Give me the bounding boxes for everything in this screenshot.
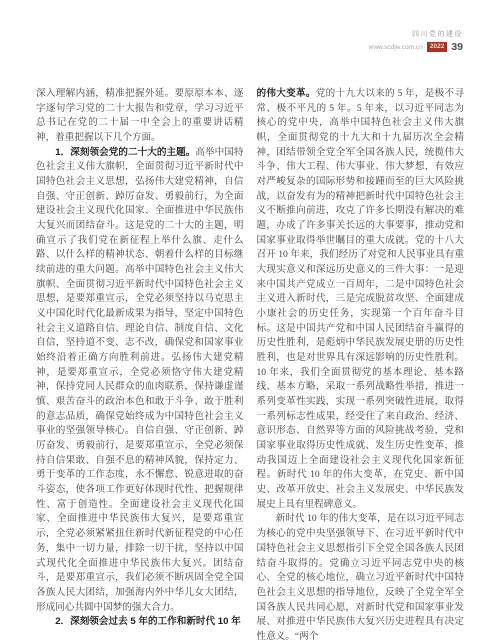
section-1-paragraph: 1．深刻领会党的二十大的主题。高举中国特色社会主义伟大旗帜，全面贯彻习近平新时代… <box>36 146 244 616</box>
section-1-body: 高举中国特色社会主义伟大旗帜，全面贯彻习近平新时代中国特色社会主义思想，弘扬伟大… <box>36 147 244 613</box>
issue-year-badge: 2022 <box>427 42 447 53</box>
section-2-body: 党的十九大以来的 5 年，是极不寻常、极不平凡的 5 年。5 年来，以习近平同志… <box>257 88 465 510</box>
article-body: 深入理解内涵，精准把握外延。要原原本本、逐字逐句学习党的二十大报告和党章，学习习… <box>36 87 464 640</box>
section-2-heading: 2．深刻领会过去 5 年的工作和新时代 10 年 <box>55 616 241 627</box>
paragraph-new-era-transformation: 新时代 10 年的伟大变革，是在以习近平同志为核心的党中央坚强领导下、在习近平新… <box>257 512 465 640</box>
magazine-page: 四川党的建设 www.scdjw.com.cn 2022 39 深入理解内涵，精… <box>0 0 496 640</box>
header-meta-row: www.scdjw.com.cn 2022 39 <box>369 41 463 53</box>
paragraph-continuation: 深入理解内涵，精准把握外延。要原原本本、逐字逐句学习党的二十大报告和党章，学习习… <box>36 87 244 146</box>
section-2-paragraph-continued: 的伟大变革。党的十九大以来的 5 年，是极不寻常、极不平凡的 5 年。5 年来，… <box>257 87 465 512</box>
section-1-heading: 1．深刻领会党的二十大的主题。 <box>55 147 195 158</box>
page-header: 四川党的建设 www.scdjw.com.cn 2022 39 <box>369 29 463 53</box>
website-url: www.scdjw.com.cn <box>369 44 423 51</box>
page-number: 39 <box>451 41 463 53</box>
section-2-heading-continued: 的伟大变革。 <box>257 88 316 99</box>
publication-name: 四川党的建设 <box>369 29 463 39</box>
left-column: 深入理解内涵，精准把握外延。要原原本本、逐字逐句学习党的二十大报告和党章，学习习… <box>36 87 244 640</box>
right-column: 的伟大变革。党的十九大以来的 5 年，是极不寻常、极不平凡的 5 年。5 年来，… <box>257 87 465 640</box>
section-2-paragraph-start: 2．深刻领会过去 5 年的工作和新时代 10 年 <box>36 615 244 630</box>
